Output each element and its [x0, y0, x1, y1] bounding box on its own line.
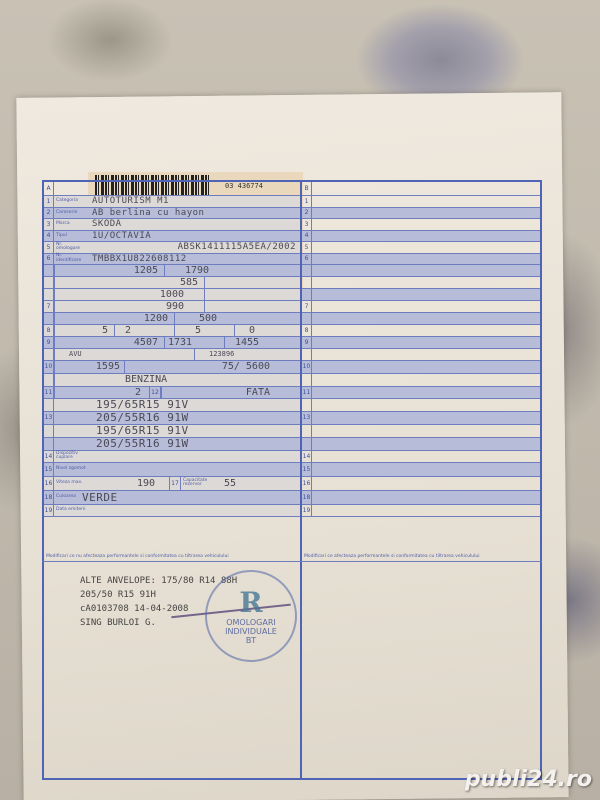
vin-value: TMBBX1U822608112 [84, 254, 300, 264]
trailer-unbraked-value: 500 [174, 313, 300, 324]
power-value: 75/ 5600 [124, 361, 300, 373]
fuel-value: BENZINA [54, 374, 300, 386]
axle-load-rear-value: 990 [54, 301, 204, 312]
remarks-right-header: Modificari ce afecteaza performantele si… [300, 552, 542, 562]
row-axles: 11 2 12 FATA [44, 387, 300, 399]
row-make: 3 Marca SKODA [44, 219, 300, 231]
official-stamp: R OMOLOGARI INDIVIDUALE BT [205, 570, 297, 662]
row-tyre-3: 195/65R15 91V [44, 425, 300, 438]
remarks-header: Modificari ce nu afecteaza performantele… [42, 552, 300, 562]
seats-front-value: 2 [114, 325, 174, 336]
trailer-braked-value: 1200 [54, 313, 174, 324]
displacement-value: 1595 [54, 361, 124, 373]
make-value: SKODA [84, 219, 300, 229]
row-color: 18 Culoarea VERDE [44, 491, 300, 505]
max-speed-value: 190 [84, 477, 169, 490]
tyre-value: 205/55R16 91W [54, 437, 300, 450]
tank-capacity-value: 55 [221, 477, 300, 490]
row-fuel: BENZINA [44, 374, 300, 387]
row-max-speed: 16 Viteza max. 190 17 Capacitate rezervo… [44, 477, 300, 491]
tyre-value: 195/65R15 91V [54, 398, 300, 411]
row-engine-type: AVU 123896 [44, 349, 300, 361]
row-issue-date: 19 Data emiterii [44, 505, 300, 517]
row-noise: 15 Nivel zgomot [44, 463, 300, 477]
row-tyre-4: 205/55R16 91W [44, 438, 300, 451]
engine-type-value: AVU [54, 349, 194, 360]
seats-total-value: 5 [54, 325, 114, 336]
type-value: 1U/OCTAVIA [84, 231, 300, 241]
row-body: 2 Caroserie AB berlina cu hayon [44, 208, 300, 220]
rar-logo-icon: R [239, 588, 262, 618]
height-value: 1455 [224, 337, 300, 348]
seats-standing-value: 0 [234, 325, 300, 336]
row-tyre-1: 195/65R15 91V [44, 399, 300, 412]
mass-max-value: 1790 [164, 265, 300, 276]
row-seats: 8 5 2 5 0 [44, 325, 300, 337]
row-axle-load-rear: 7 990 [44, 301, 300, 313]
body-value: AB berlina cu hayon [84, 208, 300, 218]
row-category: 1 Categoria AUTOTURISM M1 [44, 196, 300, 208]
tyre-value: 205/55R16 91W [54, 411, 300, 424]
tyre-value: 195/65R15 91V [54, 424, 300, 437]
row-approval-number: 5 Nr. omologare ABSK1411115A5EA/2002 [44, 242, 300, 254]
mass-own-value: 1205 [54, 265, 164, 276]
engine-series-value: 123896 [194, 349, 300, 360]
row-mass-useful: 585 [44, 277, 300, 289]
row-axle-load-front: 1000 [44, 289, 300, 301]
section-a-header: A [44, 182, 300, 196]
watermark: publi24.ro [465, 767, 592, 792]
row-engine-displacement: 10 1595 75/ 5600 [44, 361, 300, 374]
mass-useful-value: 585 [54, 277, 204, 288]
approval-number-value: ABSK1411115A5EA/2002 [84, 242, 300, 252]
axle-load-front-value: 1000 [54, 289, 204, 300]
row-type: 4 Tipul 1U/OCTAVIA [44, 231, 300, 243]
traction-value: FATA [161, 387, 300, 398]
row-trailer-mass: 1200 500 [44, 313, 300, 325]
remarks-right-section: Modificari ce afecteaza performantele si… [300, 552, 542, 780]
row-vin: 6 Nr. identificare TMBBX1U822608112 [44, 254, 300, 266]
row-coupling: 14 Dispozitiv cuplare [44, 451, 300, 463]
length-value: 4507 [54, 337, 164, 348]
category-value: AUTOTURISM M1 [84, 196, 300, 206]
seats-rear-value: 5 [174, 325, 234, 336]
color-value: VERDE [74, 491, 300, 504]
row-dimensions: 9 4507 1731 1455 [44, 337, 300, 349]
row-mass-total: 1205 1790 [44, 265, 300, 277]
width-value: 1731 [164, 337, 224, 348]
row-tyre-2: 13 205/55R16 91W [44, 412, 300, 425]
axles-count-value: 2 [54, 387, 149, 398]
